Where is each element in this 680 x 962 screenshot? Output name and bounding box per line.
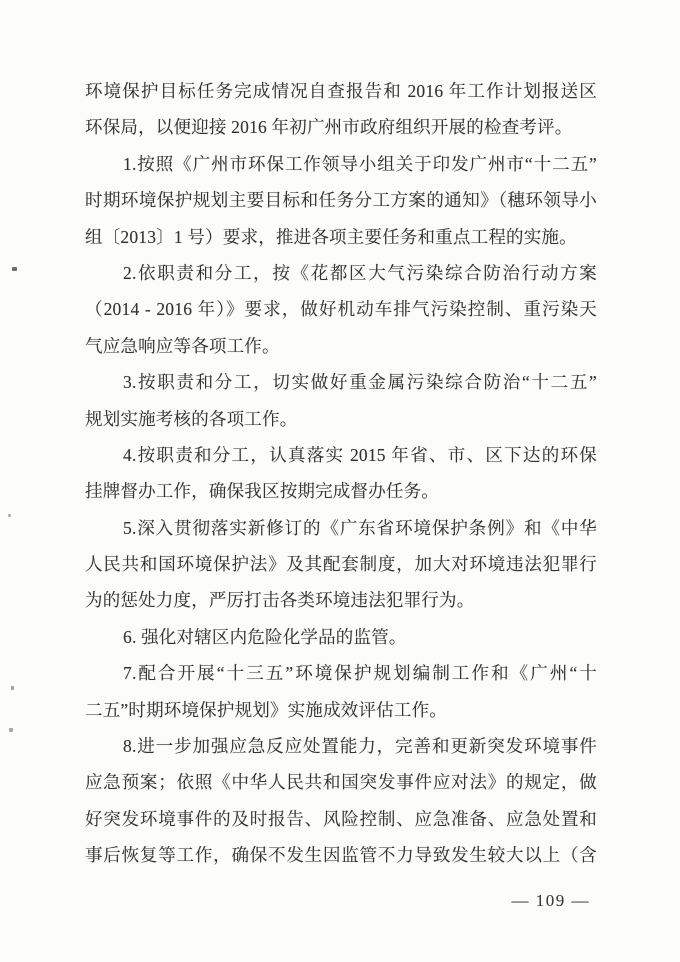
- text-line: 4.按职责和分工，认真落实 2015 年省、市、区下达的环保: [85, 437, 597, 473]
- scan-artifact: [11, 686, 14, 690]
- page-number: — 109 —: [512, 891, 591, 911]
- text-line: 为的惩处力度，严厉打击各类环境违法犯罪行为。: [85, 582, 597, 618]
- text-line: 挂牌督办工作，确保我区按期完成督办任务。: [85, 473, 597, 509]
- text-line: 环境保护目标任务完成情况自查报告和 2016 年工作计划报送区: [85, 73, 597, 109]
- scan-artifact: [8, 514, 11, 517]
- text-line: 1.按照《广州市环保工作领导小组关于印发广州市“十二五”: [85, 146, 597, 182]
- text-line: 规划实施考核的各项工作。: [85, 401, 597, 437]
- scan-artifact: [12, 267, 17, 271]
- document-body: 环境保护目标任务完成情况自查报告和 2016 年工作计划报送区环保局，以便迎接 …: [85, 73, 597, 874]
- text-line: 7.配合开展“十三五”环境保护规划编制工作和《广州“十: [85, 655, 597, 691]
- text-line: 应急预案；依照《中华人民共和国突发事件应对法》的规定，做: [85, 764, 597, 800]
- text-line: 3.按职责和分工，切实做好重金属污染综合防治“十二五”: [85, 364, 597, 400]
- scan-artifact: [9, 728, 13, 732]
- text-line: 事后恢复等工作，确保不发生因监管不力导致发生较大以上（含: [85, 837, 597, 873]
- text-line: 时期环境保护规划主要目标和任务分工方案的通知》（穗环领导小: [85, 182, 597, 218]
- text-line: 环保局，以便迎接 2016 年初广州市政府组织开展的检查考评。: [85, 109, 597, 145]
- text-line: 人民共和国环境保护法》及其配套制度，加大对环境违法犯罪行: [85, 546, 597, 582]
- text-line: 组〔2013〕1 号）要求，推进各项主要任务和重点工程的实施。: [85, 219, 597, 255]
- text-line: （2014 - 2016 年）》要求，做好机动车排气污染控制、重污染天: [85, 291, 597, 327]
- text-line: 5.深入贯彻落实新修订的《广东省环境保护条例》和《中华: [85, 510, 597, 546]
- text-line: 6. 强化对辖区内危险化学品的监管。: [85, 619, 597, 655]
- text-line: 气应急响应等各项工作。: [85, 328, 597, 364]
- text-line: 二五”时期环境保护规划》实施成效评估工作。: [85, 692, 597, 728]
- text-line: 2.依职责和分工，按《花都区大气污染综合防治行动方案: [85, 255, 597, 291]
- text-line: 8.进一步加强应急反应处置能力，完善和更新突发环境事件: [85, 728, 597, 764]
- text-line: 好突发环境事件的及时报告、风险控制、应急准备、应急处置和: [85, 801, 597, 837]
- document-page: 环境保护目标任务完成情况自查报告和 2016 年工作计划报送区环保局，以便迎接 …: [0, 0, 680, 962]
